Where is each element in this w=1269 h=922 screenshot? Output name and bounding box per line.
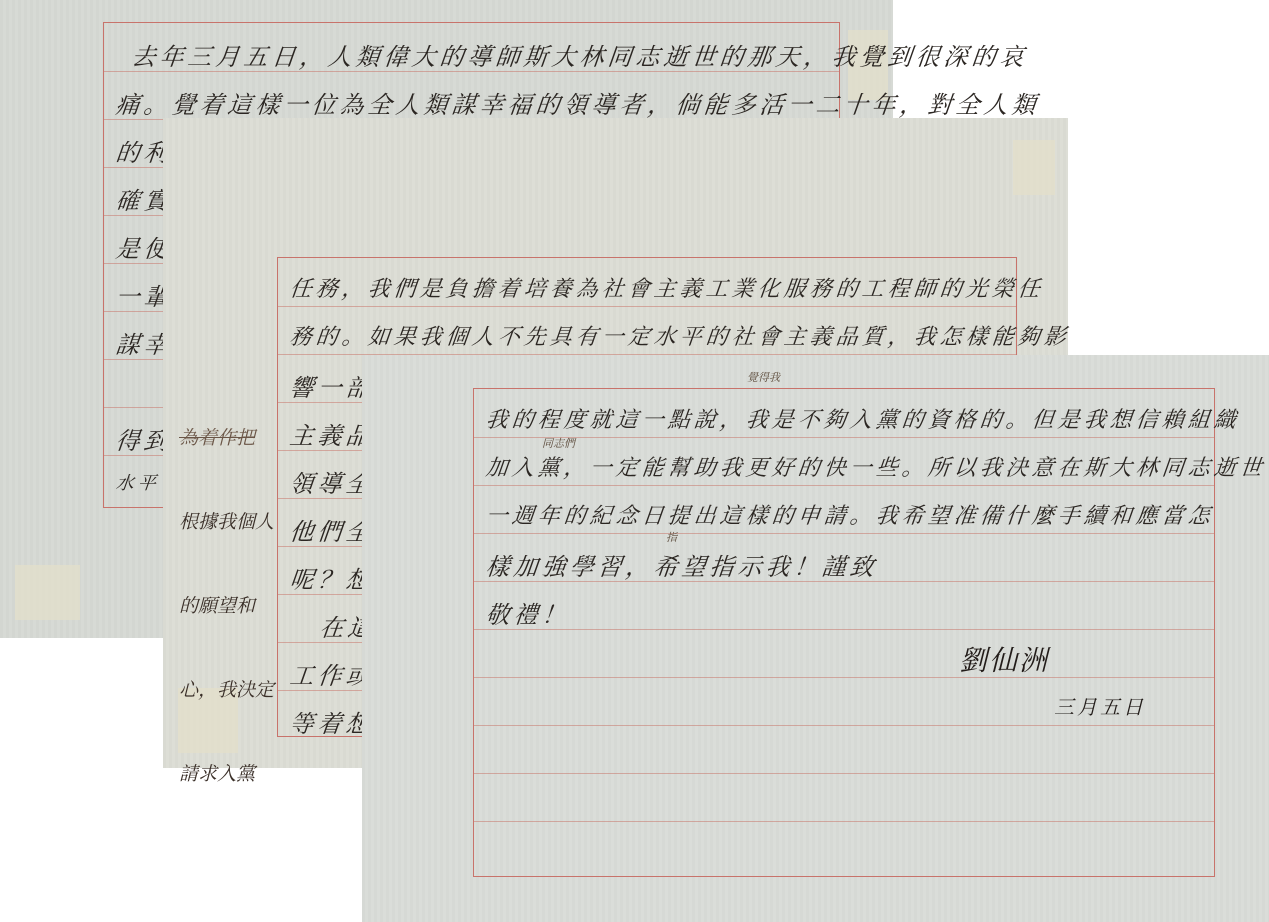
inserted-text: 覺得我 <box>747 369 780 385</box>
signature: 劉仙洲 <box>959 639 1049 679</box>
handwritten-line: 務的。如果我個人不先具有一定水平的社會主義品質，我怎樣能夠影 <box>288 320 1071 351</box>
handwritten-line: 加入黨，一定能幫助我更好的快一些。所以我決意在斯大林同志逝世 <box>484 451 1267 482</box>
margin-note-line: 根據我個人 <box>179 508 274 536</box>
margin-note: 為着作把 根據我個人 的願望和 心，我決定 請求入黨 <box>179 368 274 844</box>
paper-stain <box>1013 140 1055 195</box>
margin-note-line: 心，我決定 <box>179 676 274 704</box>
paper-stain <box>15 565 80 620</box>
handwritten-line: 敬禮！ <box>484 595 572 630</box>
handwritten-line: 我的程度就這一點說，我是不夠入黨的資格的。但是我想信賴組織 <box>484 403 1241 434</box>
handwritten-line: 痛。覺着這樣一位為全人類謀幸福的領導者，倘能多活一二十年，對全人類 <box>114 85 1042 120</box>
handwritten-line: 樣加強學習，希望指示我！謹致 <box>484 547 880 582</box>
handwritten-line: 去年三月五日，人類偉大的導師斯大林同志逝世的那天，我覺到很深的哀 <box>130 37 1030 72</box>
inserted-text: 同志們 <box>542 435 575 451</box>
struck-text: 為着作把 <box>179 424 274 452</box>
letter-date: 三月五日 <box>1054 691 1146 720</box>
handwritten-line: 任務，我們是負擔着培養為社會主義工業化服務的工程師的光榮任 <box>288 272 1045 303</box>
handwritten-line: 水平 <box>115 469 162 495</box>
inserted-text: 指 <box>666 529 677 545</box>
handwritten-line: 一週年的紀念日提出這樣的申請。我希望准備什麼手續和應當怎 <box>484 499 1215 530</box>
red-margin-frame: 我的程度就這一點說，我是不夠入黨的資格的。但是我想信賴組織 同志們 加入黨，一定… <box>473 388 1215 877</box>
margin-note-line: 請求入黨 <box>179 760 274 788</box>
margin-note-line: 的願望和 <box>179 592 274 620</box>
letter-page-3: 覺得我 我的程度就這一點說，我是不夠入黨的資格的。但是我想信賴組織 同志們 加入… <box>362 355 1269 922</box>
